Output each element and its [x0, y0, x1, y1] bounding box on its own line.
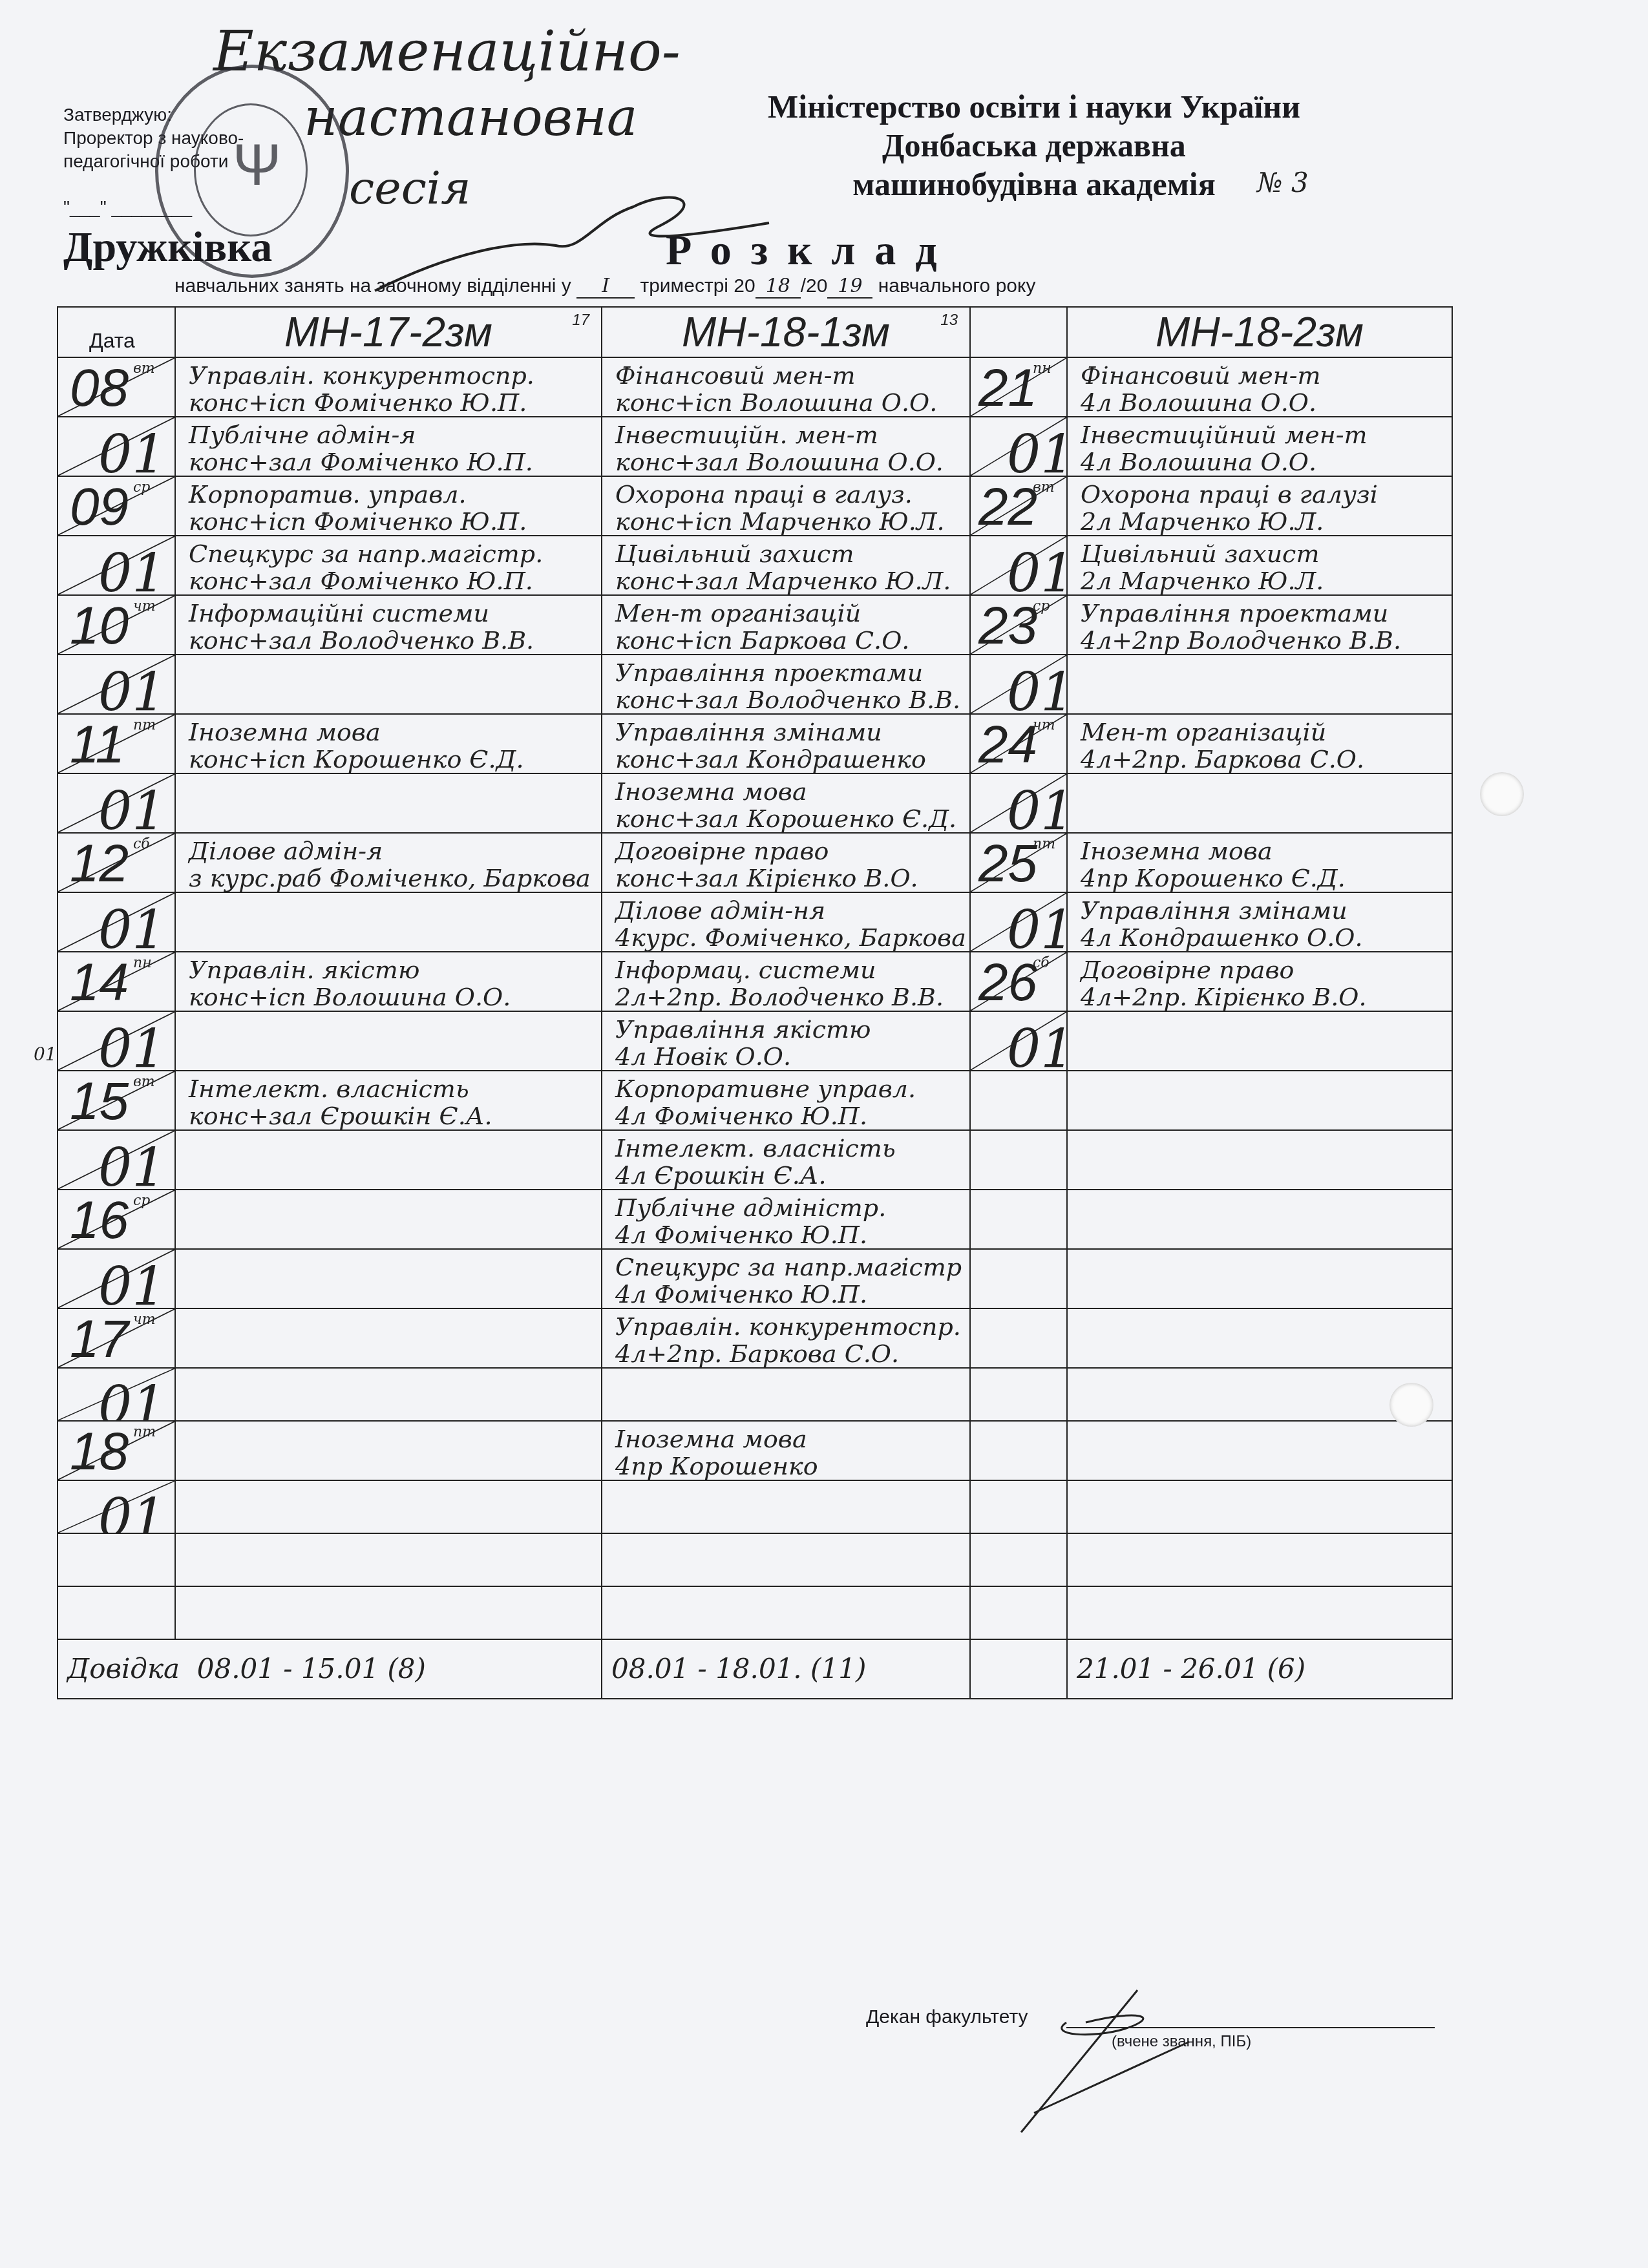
lesson-cell-group-3 [1067, 1249, 1452, 1308]
subject: Спецкурс за напр.магістр. [189, 540, 588, 567]
date2-cell [970, 1308, 1067, 1368]
table-row [58, 1586, 1452, 1639]
lesson-cell-group-1 [175, 655, 602, 714]
date-cell: 01 [58, 1480, 175, 1533]
month-number: 01 [98, 429, 165, 476]
lesson-cell-group-1 [175, 1190, 602, 1249]
date2-cell [970, 1533, 1067, 1586]
month-number: 01 [1007, 429, 1067, 476]
institution-header: Міністерство освіти і науки України Донб… [743, 87, 1325, 204]
subject: Управління змінами [615, 719, 956, 746]
lesson-cell-group-1 [175, 1368, 602, 1421]
table-row: 16срПублічне адміністр.4л Фомічeнко Ю.П. [58, 1190, 1452, 1249]
weekday: вт [1033, 479, 1055, 496]
date2-cell: 01 [970, 1011, 1067, 1071]
day-number: 21 [978, 362, 1037, 415]
month-number: 01 [1007, 667, 1067, 714]
subject: Охорона праці в галузі [1081, 481, 1439, 508]
day-number: 12 [70, 837, 129, 890]
lesson-detail: 4л+2пр Володченко В.В. [1081, 627, 1439, 654]
table-row: 18птІноземна мова4пр Корошенко [58, 1421, 1452, 1480]
lesson-cell-group-2: Управління проектамиконс+зал Володченко … [602, 655, 970, 714]
weekday: вт [133, 1074, 155, 1090]
lesson-cell-group-3 [1067, 1480, 1452, 1533]
month-number: 01 [98, 548, 165, 595]
summary-row: Довідка 08.01 - 15.01 (8) 08.01 - 18.01.… [58, 1639, 1452, 1699]
lesson-cell-group-2: Договірне правоконс+зал Кірієнко В.О. [602, 833, 970, 892]
year-start-value: 18 [755, 275, 801, 299]
month-number: 01 [1007, 548, 1067, 595]
month-number: 01 [98, 1380, 165, 1421]
dean-label: Декан факультету [866, 2006, 1028, 2028]
table-row: 01Ділове адмін-ня4курс. Фомічeнко, Барко… [58, 892, 1452, 952]
table-row: 10чтІнформаційні системиконс+зал Володче… [58, 595, 1452, 655]
weekday: чт [1033, 717, 1055, 733]
lesson-cell-group-2: Спецкурс за напр.магістр4л Фомічeнко Ю.П… [602, 1249, 970, 1308]
subject: Інтелект. власність [615, 1135, 956, 1162]
subject: Ділове адмін-я [189, 837, 588, 865]
table-row: 01Публічне адмін-яконс+зал Фомічeнко Ю.П… [58, 417, 1452, 476]
subject: Управлін. конкурентоспр. [615, 1313, 956, 1340]
day-number: 11 [70, 719, 125, 772]
subject: Публічне адмін-я [189, 421, 588, 448]
ministry-name: Міністерство освіти і науки України [743, 87, 1325, 126]
weekday: ср [133, 1193, 150, 1209]
lesson-detail: 4л Волошина О.О. [1081, 389, 1439, 416]
day-number: 08 [70, 362, 129, 415]
date-cell: 01 [58, 1130, 175, 1190]
day-number: 18 [70, 1425, 129, 1478]
subject: Спецкурс за напр.магістр [615, 1254, 956, 1281]
subject: Інвестиційний мен-т [1081, 421, 1439, 448]
lesson-cell-group-3 [1067, 1130, 1452, 1190]
date-cell: 14пн [58, 952, 175, 1011]
table-row: 14пнУправлін. якістюконс+ісп Волошина О.… [58, 952, 1452, 1011]
lesson-cell-group-1: Управлін. конкурентоспр.конс+ісп Фомічeн… [175, 357, 602, 417]
lesson-cell-group-3: Цивільний захист2л Марченко Ю.Л. [1067, 536, 1452, 595]
lesson-detail: конс+зал Фомічeнко Ю.П. [189, 448, 588, 476]
day-number: 14 [70, 956, 129, 1009]
group-name: МН-18-1зм [682, 309, 890, 355]
weekday: пн [1033, 361, 1051, 377]
lesson-cell-group-2 [602, 1586, 970, 1639]
subject: Договірне право [615, 837, 956, 865]
lesson-cell-group-3: Фінансовий мен-т4л Волошина О.О. [1067, 357, 1452, 417]
date2-cell [970, 1421, 1067, 1480]
lesson-detail: конс+зал Володченко В.В. [615, 686, 956, 713]
summary-cell-group-3: 21.01 - 26.01 (6) [1067, 1639, 1452, 1699]
lesson-cell-group-1 [175, 1533, 602, 1586]
lesson-detail: 2л+2пр. Володченко В.В. [615, 983, 956, 1011]
day-number: 10 [70, 600, 129, 653]
lesson-cell-group-3: Охорона праці в галузі2л Марченко Ю.Л. [1067, 476, 1452, 536]
lesson-cell-group-1 [175, 892, 602, 952]
lesson-cell-group-2: Публічне адміністр.4л Фомічeнко Ю.П. [602, 1190, 970, 1249]
table-row: 11птІноземна моваконс+ісп Корошенко Є.Д.… [58, 714, 1452, 773]
weekday: чт [133, 1312, 156, 1328]
table-row: 01 [58, 1368, 1452, 1421]
weekday: пт [133, 717, 156, 733]
lesson-cell-group-1: Спецкурс за напр.магістр.конс+зал Фомічe… [175, 536, 602, 595]
subject: Управлін. конкурентоспр. [189, 362, 588, 389]
lesson-cell-group-3 [1067, 1533, 1452, 1586]
lesson-cell-group-1 [175, 1480, 602, 1533]
date2-cell: 21пн [970, 357, 1067, 417]
subject: Ділове адмін-ня [615, 897, 956, 924]
lesson-detail: 4л Фомічeнко Ю.П. [615, 1281, 956, 1308]
weekday: сб [133, 836, 150, 852]
weekday: ср [1033, 598, 1050, 614]
subject: Корпоративне управл. [615, 1075, 956, 1102]
lesson-cell-group-2: Фінансовий мен-тконс+ісп Волошина О.О. [602, 357, 970, 417]
date-cell: 18пт [58, 1421, 175, 1480]
subject: Управління проектами [1081, 600, 1439, 627]
subject: Інформац. системи [615, 956, 956, 983]
date-cell: 09ср [58, 476, 175, 536]
lesson-cell-group-3: Управління проектами4л+2пр Володченко В.… [1067, 595, 1452, 655]
subject: Інформаційні системи [189, 600, 588, 627]
date-cell: 01 [58, 655, 175, 714]
lesson-cell-group-3: Управління змінами4л Кондрашенко О.О. [1067, 892, 1452, 952]
weekday: пт [1033, 836, 1055, 852]
date-cell: 16ср [58, 1190, 175, 1249]
date-cell [58, 1586, 175, 1639]
group-student-count: 17 [572, 311, 589, 330]
month-number: 01 [98, 1493, 165, 1533]
city-name: Дружківка [63, 223, 272, 272]
date-cell: 01 [58, 773, 175, 833]
lesson-detail: з курс.раб Фомічeнко, Баркова [189, 865, 588, 892]
trimester-value: I [576, 275, 635, 299]
table-row: 01Спецкурс за напр.магістр.конс+зал Фомі… [58, 536, 1452, 595]
date-cell: 10чт [58, 595, 175, 655]
subject: Мен-т організацій [1081, 719, 1439, 746]
table-row: 01Управління проектамиконс+зал Володченк… [58, 655, 1452, 714]
group-header-1: МН-17-2зм 17 [175, 307, 602, 357]
document-number: № 3 [1257, 167, 1309, 198]
lesson-cell-group-2: Управління якістю4л Новік О.О. [602, 1011, 970, 1071]
table-row: 01 [58, 1480, 1452, 1533]
lesson-detail: 4л Волошина О.О. [1081, 448, 1439, 476]
lesson-detail: конс+зал Корошенко Є.Д. [615, 805, 956, 832]
table-header-row: Дата МН-17-2зм 17 МН-18-1зм 13 МН-18-2зм [58, 307, 1452, 357]
weekday: пн [133, 955, 152, 971]
lesson-detail: конс+ісп Марченко Ю.Л. [615, 508, 956, 535]
lesson-detail: 4л Єрошкін Є.А. [615, 1162, 956, 1189]
date2-cell [970, 1368, 1067, 1421]
date-cell: 01 [58, 417, 175, 476]
date2-cell [970, 1586, 1067, 1639]
lesson-detail: 2л Марченко Ю.Л. [1081, 567, 1439, 594]
lesson-cell-group-1: Ділове адмін-яз курс.раб Фомічeнко, Барк… [175, 833, 602, 892]
lesson-cell-group-2: Охорона праці в галуз.конс+ісп Марченко … [602, 476, 970, 536]
date-cell: 08вт [58, 357, 175, 417]
lesson-cell-group-2: Ділове адмін-ня4курс. Фомічeнко, Баркова [602, 892, 970, 952]
month-number: 01 [1007, 905, 1067, 952]
day-number: 26 [978, 956, 1037, 1009]
lesson-cell-group-2: Іноземна мова4пр Корошенко [602, 1421, 970, 1480]
table-row: 01Іноземна моваконс+зал Корошенко Є.Д.01 [58, 773, 1452, 833]
schedule-table: Дата МН-17-2зм 17 МН-18-1зм 13 МН-18-2зм… [57, 306, 1453, 1699]
lesson-detail: 4л Кондрашенко О.О. [1081, 924, 1439, 951]
subject: Інвестиційн. мен-т [615, 421, 956, 448]
date-cell: 11пт [58, 714, 175, 773]
schedule-subtitle: навчальних занять на заочному відділенні… [174, 275, 1035, 299]
summary-cell-group-2: 08.01 - 18.01. (11) [602, 1639, 970, 1699]
lesson-cell-group-1: Публічне адмін-яконс+зал Фомічeнко Ю.П. [175, 417, 602, 476]
lesson-detail: 4л Фомічeнко Ю.П. [615, 1102, 956, 1129]
date-cell: 01 [58, 1249, 175, 1308]
lesson-cell-group-3 [1067, 773, 1452, 833]
subject: Іноземна мова [615, 1425, 956, 1453]
academy-name-line-1: Донбаська державна [743, 126, 1325, 165]
lesson-cell-group-3: Договірне право4л+2пр. Кірієнко В.О. [1067, 952, 1452, 1011]
subject: Публічне адміністр. [615, 1194, 956, 1221]
lesson-cell-group-3: Мен-т організацій4л+2пр. Баркова С.О. [1067, 714, 1452, 773]
subject: Цивільний захист [1081, 540, 1439, 567]
lesson-cell-group-2: Управлін. конкурентоспр.4л+2пр. Баркова … [602, 1308, 970, 1368]
date-divider [58, 1534, 174, 1586]
lesson-cell-group-2: Іноземна моваконс+зал Корошенко Є.Д. [602, 773, 970, 833]
table-row: 17чтУправлін. конкурентоспр.4л+2пр. Барк… [58, 1308, 1452, 1368]
subtitle-sep: /20 [801, 275, 828, 297]
trident-emblem-icon: Ψ [233, 132, 281, 199]
lesson-detail: конс+ісп Фомічeнко Ю.П. [189, 508, 588, 535]
date2-cell [970, 1249, 1067, 1308]
lesson-detail: 4л+2пр. Баркова С.О. [1081, 746, 1439, 773]
date2-column-header [970, 307, 1067, 357]
lesson-cell-group-2: Мен-т організаційконс+ісп Баркова С.О. [602, 595, 970, 655]
weekday: пт [133, 1424, 156, 1440]
group-name: МН-17-2зм [284, 309, 492, 355]
handwritten-session-line-2: настановна [304, 87, 638, 147]
lesson-cell-group-3: Інвестиційний мен-т4л Волошина О.О. [1067, 417, 1452, 476]
day-number: 15 [70, 1075, 129, 1128]
month-number: 01 [98, 786, 165, 833]
summary-cell-empty [970, 1639, 1067, 1699]
lesson-cell-group-2 [602, 1368, 970, 1421]
date-cell: 12сб [58, 833, 175, 892]
lesson-detail: 4л Фомічeнко Ю.П. [615, 1221, 956, 1248]
weekday: ср [133, 479, 150, 496]
subtitle-suffix: навчального року [878, 275, 1036, 297]
lesson-cell-group-3 [1067, 1308, 1452, 1368]
table-row: 01Управління якістю4л Новік О.О.01 [58, 1011, 1452, 1071]
lesson-detail: конс+ісп Фомічeнко Ю.П. [189, 389, 588, 416]
lesson-cell-group-2: Інтелект. власність4л Єрошкін Є.А. [602, 1130, 970, 1190]
lesson-cell-group-3 [1067, 1586, 1452, 1639]
lesson-detail: конс+зал Єрошкін Є.А. [189, 1102, 588, 1129]
subject: Управлін. якістю [189, 956, 588, 983]
lesson-cell-group-3 [1067, 1421, 1452, 1480]
lesson-cell-group-1 [175, 1249, 602, 1308]
table-row: 01Спецкурс за напр.магістр4л Фомічeнко Ю… [58, 1249, 1452, 1308]
day-number: 24 [978, 719, 1037, 772]
lesson-detail: конс+зал Волошина О.О. [615, 448, 956, 476]
date-cell: 01 [58, 892, 175, 952]
lesson-detail: 4л+2пр. Кірієнко В.О. [1081, 983, 1439, 1011]
subject: Договірне право [1081, 956, 1439, 983]
date-cell: 01 [58, 1011, 175, 1071]
month-number: 01 [1007, 1024, 1067, 1071]
subject: Фінансовий мен-т [615, 362, 956, 389]
group-student-count: 13 [940, 311, 958, 330]
date2-cell: 01 [970, 655, 1067, 714]
subject: Охорона праці в галуз. [615, 481, 956, 508]
date2-cell: 25пт [970, 833, 1067, 892]
date2-cell: 24чт [970, 714, 1067, 773]
dean-signature-mark [1008, 1984, 1202, 2139]
weekday: сб [1033, 955, 1050, 971]
lesson-cell-group-1 [175, 1421, 602, 1480]
lesson-cell-group-3: Іноземна мова4пр Корошенко Є.Д. [1067, 833, 1452, 892]
day-number: 17 [70, 1313, 129, 1366]
date-cell: 01 [58, 1368, 175, 1421]
lesson-detail: конс+зал Кондрашенко [615, 746, 956, 773]
margin-annotation: 01 [34, 1044, 57, 1065]
month-number: 01 [98, 667, 165, 714]
date2-cell [970, 1190, 1067, 1249]
table-row: 08втУправлін. конкурентоспр.конс+ісп Фом… [58, 357, 1452, 417]
day-number: 23 [978, 600, 1037, 653]
lesson-cell-group-1 [175, 1308, 602, 1368]
date-cell: 15вт [58, 1071, 175, 1130]
lesson-cell-group-1 [175, 1011, 602, 1071]
table-row: 12сбДілове адмін-яз курс.раб Фомічeнко, … [58, 833, 1452, 892]
year-end-value: 19 [827, 275, 872, 299]
date-divider [58, 1587, 174, 1639]
table-row: 15втІнтелект. власністьконс+зал Єрошкін … [58, 1071, 1452, 1130]
weekday: чт [133, 598, 156, 614]
date2-cell [970, 1480, 1067, 1533]
subject: Інтелект. власність [189, 1075, 588, 1102]
lesson-detail: 4курс. Фомічeнко, Баркова [615, 924, 956, 951]
subject: Цивільний захист [615, 540, 956, 567]
date2-cell: 01 [970, 773, 1067, 833]
lesson-cell-group-1: Інформаційні системиконс+зал Володченко … [175, 595, 602, 655]
punch-hole [1389, 1383, 1433, 1427]
subject: Іноземна мова [1081, 837, 1439, 865]
lesson-detail: конс+зал Марченко Ю.Л. [615, 567, 956, 594]
lesson-cell-group-2: Цивільний захистконс+зал Марченко Ю.Л. [602, 536, 970, 595]
date2-cell [970, 1071, 1067, 1130]
subject: Мен-т організацій [615, 600, 956, 627]
group-header-3: МН-18-2зм [1067, 307, 1452, 357]
lesson-cell-group-1: Інтелект. власністьконс+зал Єрошкін Є.А. [175, 1071, 602, 1130]
group-header-2: МН-18-1зм 13 [602, 307, 970, 357]
lesson-detail: конс+зал Володченко В.В. [189, 627, 588, 654]
lesson-cell-group-1: Іноземна моваконс+ісп Корошенко Є.Д. [175, 714, 602, 773]
day-number: 25 [978, 837, 1037, 890]
date-cell: 17чт [58, 1308, 175, 1368]
lesson-detail: конс+ісп Волошина О.О. [615, 389, 956, 416]
subtitle-middle: триместрі 20 [640, 275, 755, 297]
lesson-detail: конс+зал Фомічeнко Ю.П. [189, 567, 588, 594]
lesson-cell-group-3 [1067, 655, 1452, 714]
lesson-cell-group-1 [175, 1130, 602, 1190]
lesson-detail: конс+зал Кірієнко В.О. [615, 865, 956, 892]
date-cell [58, 1533, 175, 1586]
lesson-cell-group-3 [1067, 1071, 1452, 1130]
summary-dates-group-1: 08.01 - 15.01 (8) [197, 1653, 426, 1685]
month-number: 01 [98, 1142, 165, 1190]
punch-hole [1480, 772, 1524, 816]
lesson-cell-group-2: Інвестиційн. мен-тконс+зал Волошина О.О. [602, 417, 970, 476]
lesson-detail: 4пр Корошенко [615, 1453, 956, 1480]
subject: Управління якістю [615, 1016, 956, 1043]
date-column-header: Дата [58, 307, 175, 357]
subject: Іноземна мова [189, 719, 588, 746]
month-number: 01 [98, 905, 165, 952]
summary-cell-group-1: Довідка 08.01 - 15.01 (8) [58, 1639, 602, 1699]
lesson-cell-group-2: Управління змінамиконс+зал Кондрашенко [602, 714, 970, 773]
weekday: вт [133, 361, 155, 377]
lesson-detail: конс+ісп Корошенко Є.Д. [189, 746, 588, 773]
lesson-detail: 4пр Корошенко Є.Д. [1081, 865, 1439, 892]
lesson-detail: конс+ісп Волошина О.О. [189, 983, 588, 1011]
table-row [58, 1533, 1452, 1586]
month-number: 01 [98, 1261, 165, 1308]
page-title: Розклад [666, 226, 956, 275]
subject: Управління проектами [615, 659, 956, 686]
lesson-cell-group-1 [175, 773, 602, 833]
date2-cell: 01 [970, 892, 1067, 952]
lesson-cell-group-3 [1067, 1011, 1452, 1071]
subtitle-prefix: навчальних занять на заочному відділенні… [174, 275, 571, 297]
lesson-detail: конс+ісп Баркова С.О. [615, 627, 956, 654]
table-row: 09срКорпоратив. управл.конс+ісп Фомічeнк… [58, 476, 1452, 536]
lesson-detail: 2л Марченко Ю.Л. [1081, 508, 1439, 535]
month-number: 01 [1007, 786, 1067, 833]
lesson-cell-group-3 [1067, 1190, 1452, 1249]
subject: Корпоратив. управл. [189, 481, 588, 508]
lesson-cell-group-1: Управлін. якістюконс+ісп Волошина О.О. [175, 952, 602, 1011]
month-number: 01 [98, 1024, 165, 1071]
date2-cell: 22вт [970, 476, 1067, 536]
date2-cell [970, 1130, 1067, 1190]
group-name: МН-18-2зм [1156, 309, 1364, 355]
table-row: 01Інтелект. власність4л Єрошкін Є.А. [58, 1130, 1452, 1190]
subject: Іноземна мова [615, 778, 956, 805]
lesson-cell-group-2: Корпоративне управл.4л Фомічeнко Ю.П. [602, 1071, 970, 1130]
lesson-cell-group-2: Інформац. системи2л+2пр. Володченко В.В. [602, 952, 970, 1011]
lesson-cell-group-1 [175, 1586, 602, 1639]
date-cell: 01 [58, 536, 175, 595]
lesson-cell-group-2 [602, 1480, 970, 1533]
date2-cell: 01 [970, 536, 1067, 595]
day-number: 22 [978, 481, 1037, 534]
lesson-detail: 4л+2пр. Баркова С.О. [615, 1340, 956, 1367]
subject: Фінансовий мен-т [1081, 362, 1439, 389]
date2-cell: 01 [970, 417, 1067, 476]
lesson-detail: 4л Новік О.О. [615, 1043, 956, 1070]
summary-label: Довідка [67, 1653, 180, 1685]
lesson-cell-group-1: Корпоратив. управл.конс+ісп Фомічeнко Ю.… [175, 476, 602, 536]
date2-cell: 23ср [970, 595, 1067, 655]
lesson-cell-group-2 [602, 1533, 970, 1586]
day-number: 16 [70, 1194, 129, 1247]
academy-name-line-2: машинобудівна академія [743, 165, 1325, 204]
date2-cell: 26сб [970, 952, 1067, 1011]
subject: Управління змінами [1081, 897, 1439, 924]
day-number: 09 [70, 481, 129, 534]
